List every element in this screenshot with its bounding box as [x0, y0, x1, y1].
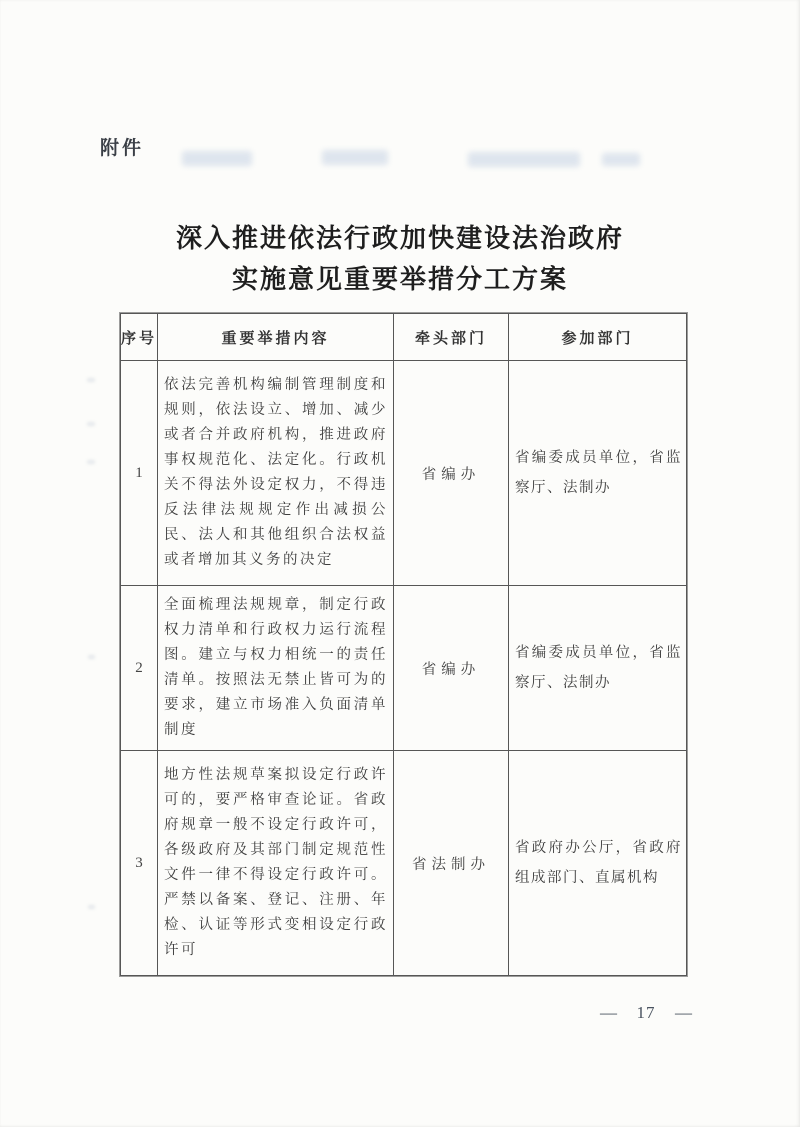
row-number-cell: 2 — [121, 586, 158, 751]
title-line-1: 深入推进依法行政加快建设法治政府 — [0, 218, 800, 259]
measure-content-cell: 依法完善机构编制管理制度和规则，依法设立、增加、减少或者合并政府机构，推进政府事… — [158, 361, 394, 586]
header-participating-departments: 参加部门 — [509, 314, 687, 361]
measure-content-cell: 地方性法规草案拟设定行政许可的，要严格审查论证。省政府规章一般不设定行政许可，各… — [158, 751, 394, 976]
page-number-value: 17 — [637, 1003, 656, 1023]
attachment-label: 附件 — [100, 133, 144, 160]
document-page: 附件 深入推进依法行政加快建设法治政府 实施意见重要举措分工方案 序号 重要举措… — [0, 0, 800, 1127]
page-number-dash-right: — — [675, 1003, 692, 1023]
header-lead-department: 牵头部门 — [394, 314, 509, 361]
bleed-through-artifact — [322, 150, 388, 165]
bleed-through-artifact — [602, 153, 640, 166]
participating-departments-cell: 省编委成员单位，省监察厅、法制办 — [509, 586, 687, 751]
scan-artifact — [87, 378, 95, 382]
bleed-through-artifact — [468, 152, 580, 167]
page-number: — 17 — — [600, 1003, 692, 1023]
scan-artifact — [87, 422, 95, 426]
header-serial-number: 序号 — [121, 314, 158, 361]
scan-artifact — [88, 655, 95, 659]
table-row: 3 地方性法规草案拟设定行政许可的，要严格审查论证。省政府规章一般不设定行政许可… — [121, 751, 687, 976]
page-number-dash-left: — — [600, 1003, 617, 1023]
measure-content-cell: 全面梳理法规规章，制定行政权力清单和行政权力运行流程图。建立与权力相统一的责任清… — [158, 586, 394, 751]
lead-department-cell: 省编办 — [394, 361, 509, 586]
header-measure-content: 重要举措内容 — [158, 314, 394, 361]
table-header-row: 序号 重要举措内容 牵头部门 参加部门 — [121, 314, 687, 361]
document-title: 深入推进依法行政加快建设法治政府 实施意见重要举措分工方案 — [0, 218, 800, 300]
table-row: 1 依法完善机构编制管理制度和规则，依法设立、增加、减少或者合并政府机构，推进政… — [121, 361, 687, 586]
lead-department-cell: 省法制办 — [394, 751, 509, 976]
table-row: 2 全面梳理法规规章，制定行政权力清单和行政权力运行流程图。建立与权力相统一的责… — [121, 586, 687, 751]
row-number-cell: 3 — [121, 751, 158, 976]
participating-departments-cell: 省编委成员单位，省监察厅、法制办 — [509, 361, 687, 586]
title-line-2: 实施意见重要举措分工方案 — [0, 259, 800, 300]
measures-assignment-table: 序号 重要举措内容 牵头部门 参加部门 1 依法完善机构编制管理制度和规则，依法… — [120, 313, 687, 976]
scan-artifact — [87, 460, 95, 464]
participating-departments-cell: 省政府办公厅，省政府组成部门、直属机构 — [509, 751, 687, 976]
row-number-cell: 1 — [121, 361, 158, 586]
bleed-through-artifact — [182, 151, 252, 166]
scan-artifact — [88, 905, 95, 909]
lead-department-cell: 省编办 — [394, 586, 509, 751]
